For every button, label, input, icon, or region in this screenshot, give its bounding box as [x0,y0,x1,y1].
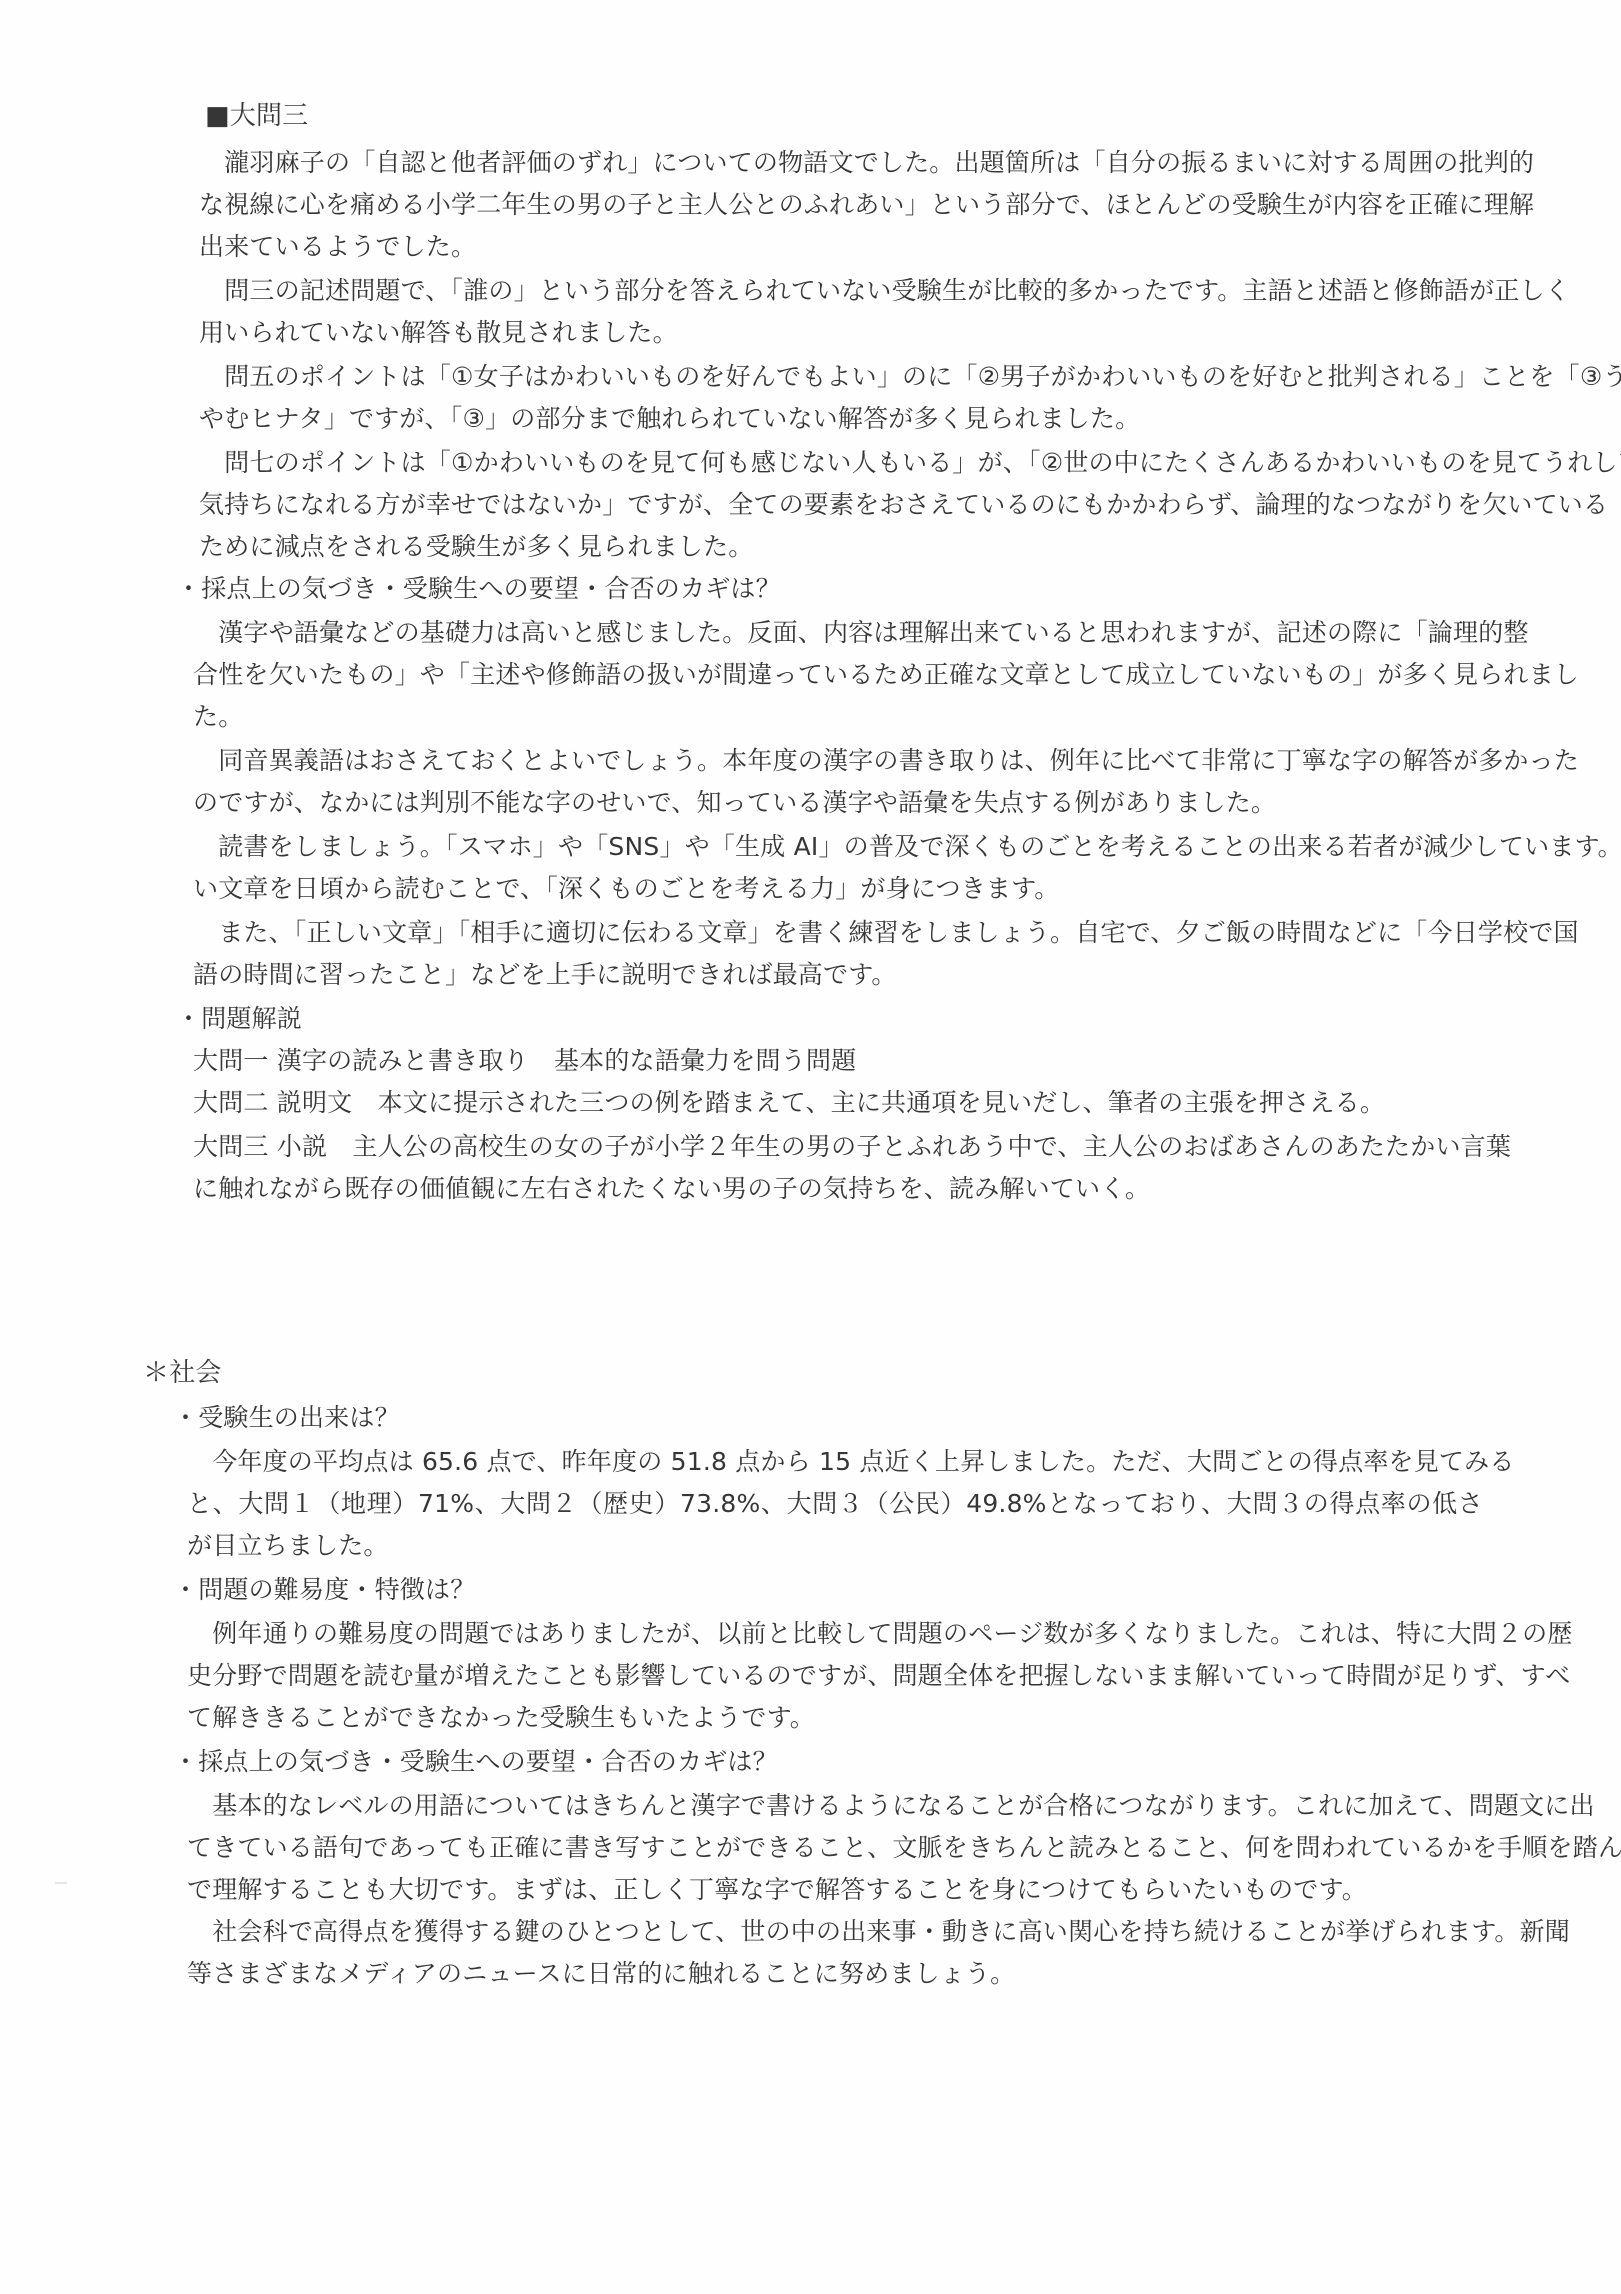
section-heading-daimon3: ■大問三 [205,100,308,132]
scan-speck [55,1882,67,1884]
paragraph-line: 史分野で問題を読む量が増えたことも影響しているのですが、問題全体を把握しないまま… [187,1660,1493,1692]
explanation-line: に触れながら既存の価値観に左右されたくない男の子の気持ちを、読み解いていく。 [193,1173,1150,1205]
paragraph-line: で理解することも大切です。まずは、正しく丁寧な字で解答することを身につけてもらい… [187,1874,1367,1906]
paragraph-line: 気持ちになれる方が幸せではないか」ですが、全ての要素をおさえているのにもかかわら… [199,489,1497,521]
paragraph-line: 基本的なレベルの用語についてはきちんと漢字で書けるようになることが合格につながり… [187,1790,1477,1822]
paragraph-line: 今年度の平均点は 65.6 点で、昨年度の 51.8 点から 15 点近く上昇し… [187,1446,1483,1478]
paragraph-line: 同音異義語はおさえておくとよいでしょう。本年度の漢字の書き取りは、例年に比べて非… [193,745,1513,777]
paragraph-line: て解ききることができなかった受験生もいたようです。 [187,1702,815,1734]
subheading-grading-social: ・採点上の気づき・受験生への要望・合否のカギは？ [173,1746,778,1778]
paragraph-line: 瀧羽麻子の「自認と他者評価のずれ」についての物語文でした。出題箇所は「自分の振る… [199,147,1497,179]
explanation-line: 大問二 説明文 本文に提示された三つの例を踏まえて、主に共通項を見いだし、筆者の… [193,1087,1385,1119]
section-heading-social: ＊社会 [143,1357,222,1389]
paragraph-line: 漢字や語彙などの基礎力は高いと感じました。反面、内容は理解出来ていると思われます… [193,617,1497,649]
explanation-line: 大問一 漢字の読みと書き取り 基本的な語彙力を問う問題 [193,1045,856,1077]
paragraph-line: と、大問１（地理）71%、大問２（歴史）73.8%、大問３（公民）49.8%とな… [187,1488,1483,1520]
paragraph-line: のですが、なかには判別不能な字のせいで、知っている漢字や語彙を失点する例がありま… [193,787,1276,819]
paragraph-line: てきている語句であっても正確に書き写すことができること、文脈をきちんと読みとるこ… [187,1832,1477,1864]
explanation-line: 大問三 小説 主人公の高校生の女の子が小学２年生の男の子とふれあう中で、主人公の… [193,1131,1497,1163]
paragraph-line: な視線に心を痛める小学二年生の男の子と主人公とのふれあい」という部分で、ほとんど… [199,189,1497,221]
paragraph-line: た。 [193,701,243,733]
paragraph-line: 読書をしましょう。「スマホ」や「SNS」や「生成 AI」の普及で深くものごとを考… [193,831,1497,863]
paragraph-line: 等さまざまなメディアのニュースに日常的に触れることに努めましょう。 [187,1958,1015,1990]
paragraph-line: 例年通りの難易度の問題ではありましたが、以前と比較して問題のページ数が多くなりま… [187,1618,1483,1650]
paragraph-line: また、「正しい文章」「相手に適切に伝わる文章」を書く練習をしましょう。自宅で、夕… [193,917,1497,949]
paragraph-line: 問七のポイントは「①かわいいものを見て何も感じない人もいる」が、「②世の中にたく… [199,447,1497,479]
subheading-results: ・受験生の出来は？ [173,1402,400,1434]
paragraph-line: 問三の記述問題で、「誰の」という部分を答えられていない受験生が比較的多かったです… [199,275,1497,307]
subheading-grading: ・採点上の気づき・受験生への要望・合否のカギは？ [176,573,781,605]
paragraph-line: 語の時間に習ったこと」などを上手に説明できれば最高です。 [193,959,897,991]
paragraph-line: 合性を欠いたもの」や「主述や修飾語の扱いが間違っているため正確な文章として成立し… [193,659,1497,691]
paragraph-line: い文章を日頃から読むことで、「深くものごとを考える力」が身につきます。 [193,873,1060,905]
paragraph-line: 社会科で高得点を獲得する鍵のひとつとして、世の中の出来事・動きに高い関心を持ち続… [187,1916,1493,1948]
paragraph-line: やむヒナタ」ですが、「③」の部分まで触れられていない解答が多く見られました。 [199,403,1140,435]
paragraph-line: 出来ているようでした。 [199,231,476,263]
subheading-difficulty: ・問題の難易度・特徴は？ [173,1574,475,1606]
paragraph-line: 用いられていない解答も散見されました。 [199,317,678,349]
paragraph-line: ために減点をされる受験生が多く見られました。 [199,531,753,563]
paragraph-line: 問五のポイントは「①女子はかわいいものを好んでもよい」のに「②男子がかわいいもの… [199,361,1497,393]
subheading-explanation: ・問題解説 [176,1003,302,1035]
paragraph-line: が目立ちました。 [187,1530,389,1562]
document-page: ■大問三 瀧羽麻子の「自認と他者評価のずれ」についての物語文でした。出題箇所は「… [0,0,1621,2294]
